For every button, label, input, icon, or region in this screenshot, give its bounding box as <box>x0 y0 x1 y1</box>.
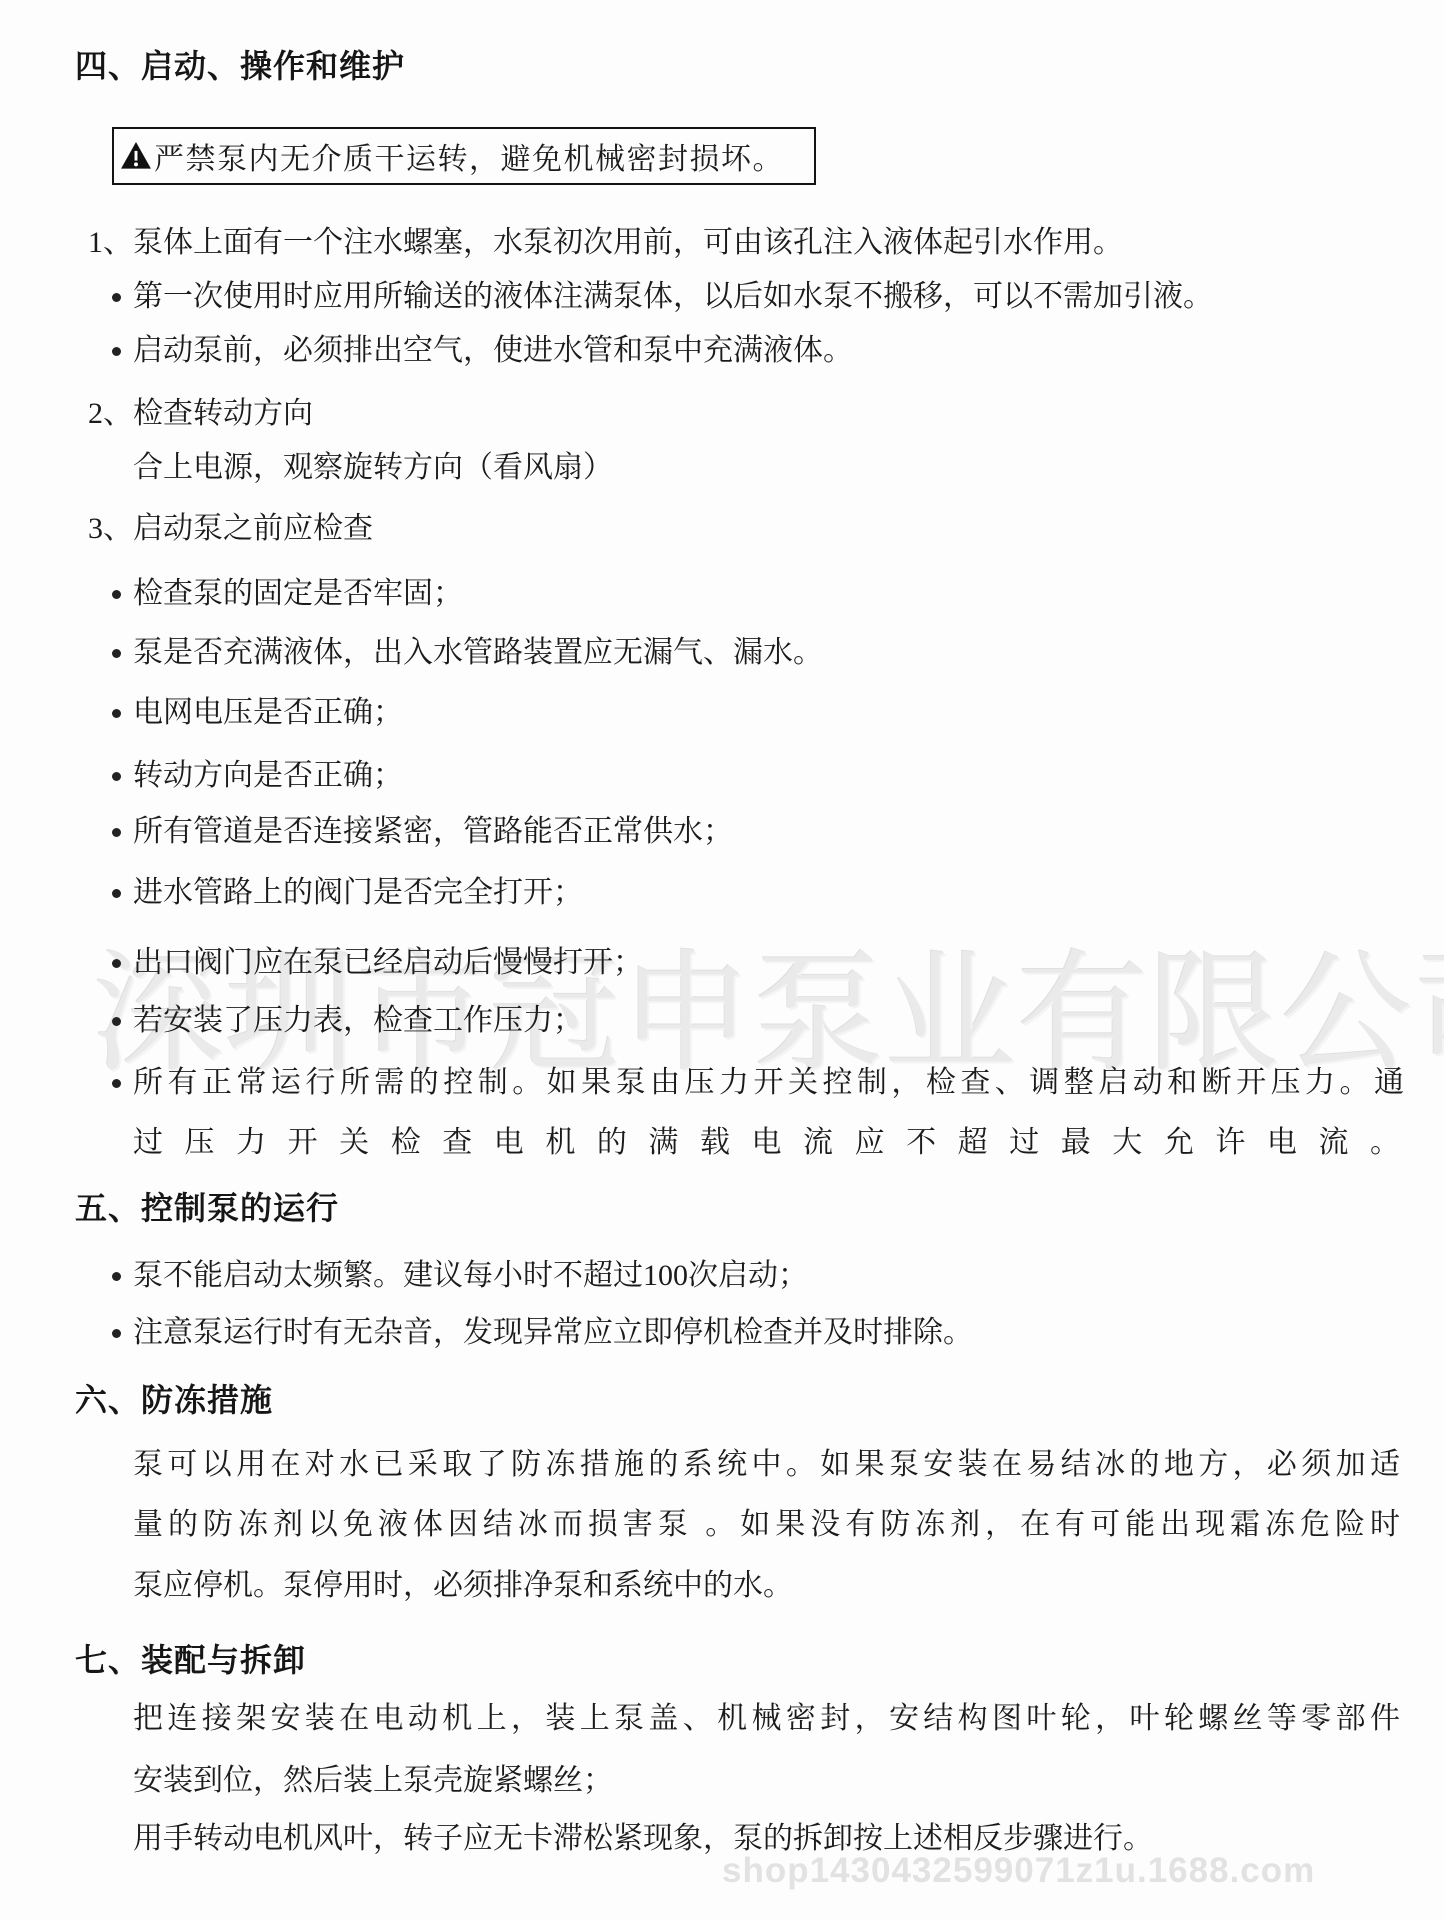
section6-heading: 六、防冻措施 <box>75 1380 273 1420</box>
item-number: 2、 <box>88 395 133 433</box>
bullet-dot <box>112 649 121 658</box>
paragraph-line: 泵可以用在对水已采取了防冻措施的系统中。如果泵安装在易结冰的地方，必须加适 <box>133 1446 1400 1484</box>
bullet-dot <box>112 347 121 356</box>
bullet-dot <box>112 1017 121 1026</box>
list-item-2: 2、 检查转动方向 <box>88 395 313 433</box>
bullet-item: 转动方向是否正确； <box>112 757 1404 795</box>
bullet-text: 注意泵运行时有无杂音，发现异常应立即停机检查并及时排除。 <box>133 1314 973 1352</box>
bullet-dot <box>112 1329 121 1338</box>
bullet-item: 启动泵前，必须排出空气，使进水管和泵中充满液体。 <box>112 332 1404 370</box>
list-item-1: 1、 泵体上面有一个注水螺塞，水泵初次用前，可由该孔注入液体起引水作用。 <box>88 224 1123 262</box>
item-subtext: 合上电源，观察旋转方向（看风扇） <box>133 449 613 487</box>
paragraph-line: 安装到位，然后装上泵壳旋紧螺丝； <box>133 1762 613 1800</box>
bullet-dot <box>112 959 121 968</box>
bullet-text: 所有管道是否连接紧密，管路能否正常供水； <box>133 813 733 851</box>
bullet-dot <box>112 828 121 837</box>
bullet-text: 所有正常运行所需的控制。如果泵由压力开关控制，检查、调整启动和断开压力。通 <box>133 1064 1404 1102</box>
bullet-item: 注意泵运行时有无杂音，发现异常应立即停机检查并及时排除。 <box>112 1314 1404 1352</box>
bullet-text: 泵是否充满液体，出入水管路装置应无漏气、漏水。 <box>133 634 823 672</box>
bullet-dot <box>112 772 121 781</box>
bullet-dot <box>112 709 121 718</box>
bullet-text: 电网电压是否正确； <box>133 694 403 732</box>
section7-heading: 七、装配与拆卸 <box>75 1640 306 1680</box>
paragraph-line: 泵应停机。泵停用时，必须排净泵和系统中的水。 <box>133 1567 793 1605</box>
item-number: 1、 <box>88 224 133 262</box>
warning-box: 严禁泵内无介质干运转，避免机械密封损坏。 <box>112 127 816 185</box>
bullet-item: 所有正常运行所需的控制。如果泵由压力开关控制，检查、调整启动和断开压力。通 <box>112 1064 1404 1102</box>
item-text: 泵体上面有一个注水螺塞，水泵初次用前，可由该孔注入液体起引水作用。 <box>133 224 1123 262</box>
paragraph-line: 把连接架安装在电动机上，装上泵盖、机械密封，安结构图叶轮，叶轮螺丝等零部件 <box>133 1700 1400 1738</box>
item-text: 检查转动方向 <box>133 395 313 433</box>
bullet-text: 出口阀门应在泵已经启动后慢慢打开； <box>133 944 643 982</box>
bullet-text: 进水管路上的阀门是否完全打开； <box>133 874 583 912</box>
bullet-text: 转动方向是否正确； <box>133 757 403 795</box>
bullet-text: 若安装了压力表，检查工作压力； <box>133 1002 583 1040</box>
bullet-item: 检查泵的固定是否牢固； <box>112 575 1404 613</box>
bullet-item: 泵不能启动太频繁。建议每小时不超过100次启动； <box>112 1257 1404 1295</box>
bullet-text: 泵不能启动太频繁。建议每小时不超过100次启动； <box>133 1257 808 1295</box>
paragraph-line: 用手转动电机风叶，转子应无卡滞松紧现象，泵的拆卸按上述相反步骤进行。 <box>133 1820 1153 1858</box>
bullet-dot <box>112 1079 121 1088</box>
paragraph-line: 量的防冻剂以免液体因结冰而损害泵 。如果没有防冻剂，在有可能出现霜冻危险时 <box>133 1506 1400 1544</box>
bullet-dot <box>112 1272 121 1281</box>
section5-heading: 五、控制泵的运行 <box>75 1188 339 1228</box>
bullet-item: 泵是否充满液体，出入水管路装置应无漏气、漏水。 <box>112 634 1404 672</box>
bullet-item: 第一次使用时应用所输送的液体注满泵体，以后如水泵不搬移，可以不需加引液。 <box>112 278 1404 316</box>
warning-triangle-icon <box>120 140 152 172</box>
bullet-item: 若安装了压力表，检查工作压力； <box>112 1002 1404 1040</box>
bullet-text: 启动泵前，必须排出空气，使进水管和泵中充满液体。 <box>133 332 853 370</box>
bullet-dot <box>112 889 121 898</box>
bullet-dot <box>112 293 121 302</box>
bullet-text: 检查泵的固定是否牢固； <box>133 575 463 613</box>
warning-text: 严禁泵内无介质干运转，避免机械密封损坏。 <box>154 134 784 178</box>
bullet-item: 电网电压是否正确； <box>112 694 1404 732</box>
bullet-text: 第一次使用时应用所输送的液体注满泵体，以后如水泵不搬移，可以不需加引液。 <box>133 278 1213 316</box>
bullet-item: 出口阀门应在泵已经启动后慢慢打开； <box>112 944 1404 982</box>
item-text: 启动泵之前应检查 <box>133 510 373 548</box>
item-number: 3、 <box>88 510 133 548</box>
bullet-item: 所有管道是否连接紧密，管路能否正常供水； <box>112 813 1404 851</box>
bullet-item: 进水管路上的阀门是否完全打开； <box>112 874 1404 912</box>
bullet-dot <box>112 590 121 599</box>
section4-heading: 四、启动、操作和维护 <box>75 46 405 86</box>
bullet-text-continued: 过压力开关检查电机的满载电流应不超过最大允许电流。 <box>133 1124 1400 1162</box>
list-item-3: 3、 启动泵之前应检查 <box>88 510 373 548</box>
url-watermark: shop1430432599071z1u.1688.com <box>722 1853 1315 1888</box>
